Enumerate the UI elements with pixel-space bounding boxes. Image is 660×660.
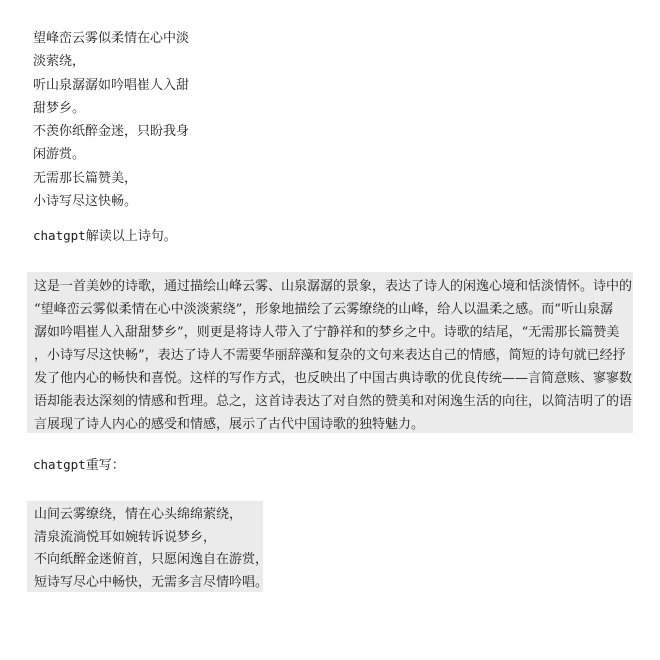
- rewritten-line: 短诗写尽心中畅快，无需多言尽情吟唱。: [34, 572, 268, 595]
- prompt-text: 重写：: [86, 458, 125, 473]
- interpretation-line: ，小诗写尽这快畅”，表达了诗人不需要华丽辞藻和复杂的文句来表达自己的情感，简短的…: [34, 344, 628, 367]
- prompt-text: 解读以上诗句。: [86, 229, 177, 244]
- poem-line: 小诗写尽这快畅。: [33, 190, 189, 213]
- poem-line: 闲游赏。: [33, 143, 189, 166]
- poem-line: 甜梦乡。: [33, 97, 189, 120]
- interpretation-line: “望峰峦云雾似柔情在心中淡淡萦绕”，形象地描绘了云雾缭绕的山峰，给人以温柔之感。…: [34, 298, 628, 321]
- interpretation-line: 这是一首美妙的诗歌，通过描绘山峰云雾、山泉潺潺的景象，表达了诗人的闲逸心境和恬淡…: [34, 275, 628, 298]
- poem-line: 淡萦绕，: [33, 50, 189, 73]
- poem-line: 无需那长篇赞美，: [33, 167, 189, 190]
- poem-line: 望峰峦云雾似柔情在心中淡: [33, 27, 189, 50]
- original-poem: 望峰峦云雾似柔情在心中淡 淡萦绕， 听山泉潺潺如吟唱崔人入甜 甜梦乡。 不羡你纸…: [33, 27, 189, 213]
- interpret-prompt: chatgpt解读以上诗句。: [33, 226, 177, 247]
- interpretation-line: 言展现了诗人内心的感受和情感，展示了古代中国诗歌的独特魅力。: [34, 413, 628, 436]
- interpretation-line: 语却能表达深刻的情感和哲理。总之，这首诗表达了对自然的赞美和对闲逸生活的向往，以…: [34, 390, 628, 413]
- prompt-prefix: chatgpt: [33, 228, 86, 243]
- prompt-prefix: chatgpt: [33, 457, 86, 472]
- rewritten-line: 山间云雾缭绕，情在心头绵绵萦绕，: [34, 504, 268, 527]
- poem-line: 不羡你纸醉金迷，只盼我身: [33, 120, 189, 143]
- rewritten-line: 清泉流淌悦耳如婉转诉说梦乡，: [34, 527, 268, 550]
- interpretation-line: 潺如吟唱崔人入甜甜梦乡”，则更是将诗人带入了宁静祥和的梦乡之中。诗歌的结尾，“无…: [34, 321, 628, 344]
- poem-line: 听山泉潺潺如吟唱崔人入甜: [33, 74, 189, 97]
- interpretation-block: 这是一首美妙的诗歌，通过描绘山峰云雾、山泉潺潺的景象，表达了诗人的闲逸心境和恬淡…: [27, 272, 633, 433]
- interpretation-line: 发了他内心的畅快和喜悦。这样的写作方式，也反映出了中国古典诗歌的优良传统——言简…: [34, 367, 628, 390]
- rewrite-prompt: chatgpt重写：: [33, 455, 125, 476]
- rewritten-line: 不向纸醉金迷俯首，只愿闲逸自在游赏，: [34, 549, 268, 572]
- rewritten-poem-block: 山间云雾缭绕，情在心头绵绵萦绕， 清泉流淌悦耳如婉转诉说梦乡， 不向纸醉金迷俯首…: [27, 501, 263, 592]
